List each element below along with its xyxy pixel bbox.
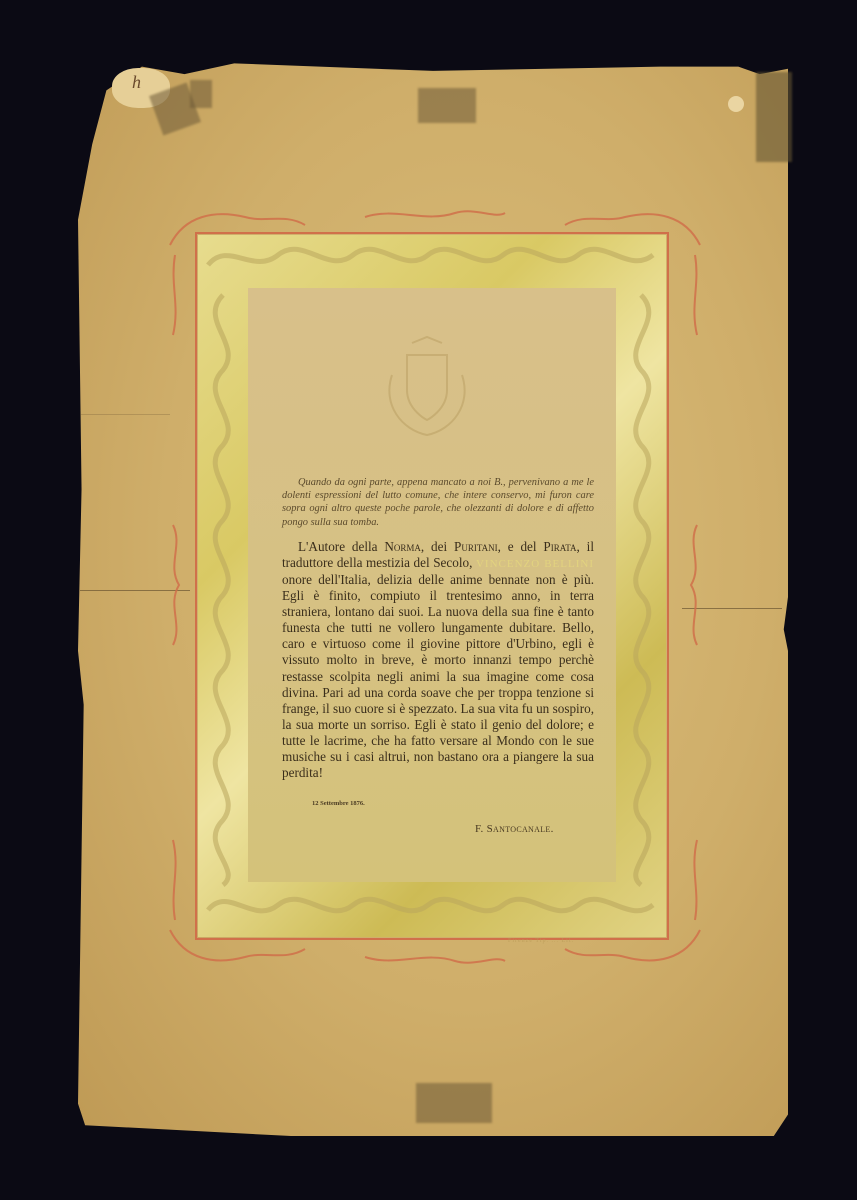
- body-sep: , dei: [421, 539, 454, 554]
- signature: F. Santocanale.: [475, 823, 554, 835]
- opera-title-norma: Norma: [384, 539, 421, 554]
- body-lead: L'Autore della: [298, 539, 384, 554]
- paper-crack: [80, 414, 170, 415]
- coat-of-arms-watermark: [382, 335, 472, 440]
- gold-name: VINCENZO BELLINI: [476, 558, 594, 570]
- body-sep: , e del: [498, 539, 544, 554]
- body-paragraph: L'Autore della Norma, dei Puritani, e de…: [282, 539, 594, 781]
- tape-stain: [756, 72, 792, 162]
- opera-title-puritani: Puritani: [454, 539, 498, 554]
- epigraph: Quando da ogni parte, appena mancato a n…: [282, 476, 594, 529]
- tape-stain: [416, 1083, 492, 1123]
- pin-hole: [728, 96, 744, 112]
- opera-title-pirata: Pirata: [543, 539, 576, 554]
- date-line: 12 Settembre 1876.: [312, 800, 365, 807]
- handwritten-mark: h: [132, 72, 141, 93]
- tape-stain: [418, 88, 476, 123]
- printer-mark: Firenze Tip. ... Lit.: [508, 938, 574, 944]
- memorial-text: Quando da ogni parte, appena mancato a n…: [282, 476, 594, 781]
- tape-stain: [190, 80, 212, 108]
- body-rest: onore dell'Italia, delizia delle anime b…: [282, 572, 594, 780]
